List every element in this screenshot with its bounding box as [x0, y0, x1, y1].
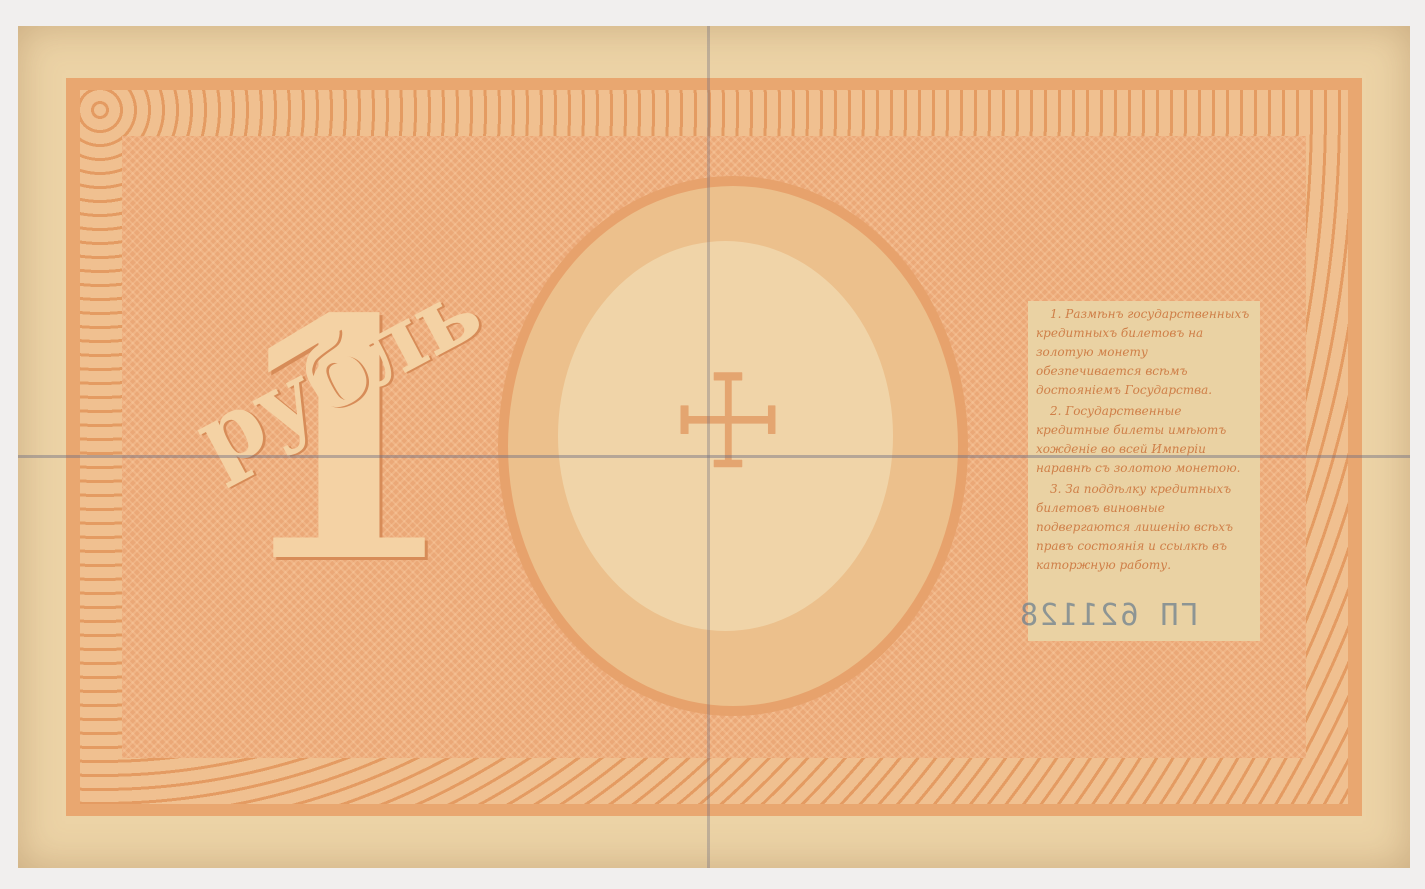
vertical-fold — [707, 26, 710, 868]
condition-2: 2. Государственные кредитные билеты имѣю… — [1036, 402, 1252, 478]
horizontal-fold — [18, 455, 1410, 458]
condition-3: 3. За поддѣлку кредитныхъ билетовъ винов… — [1036, 480, 1252, 575]
serial-number-showthrough: ГП 621128 — [1018, 598, 1199, 633]
condition-1: 1. Размѣнъ государственныхъ кредитныхъ б… — [1036, 305, 1252, 400]
eagle-icon: ☩ — [578, 346, 878, 498]
conditions-text: 1. Размѣнъ государственныхъ кредитныхъ б… — [1028, 301, 1260, 641]
banknote: ☩ 1 рубль 1. Размѣнъ государственныхъ кр… — [18, 26, 1410, 868]
